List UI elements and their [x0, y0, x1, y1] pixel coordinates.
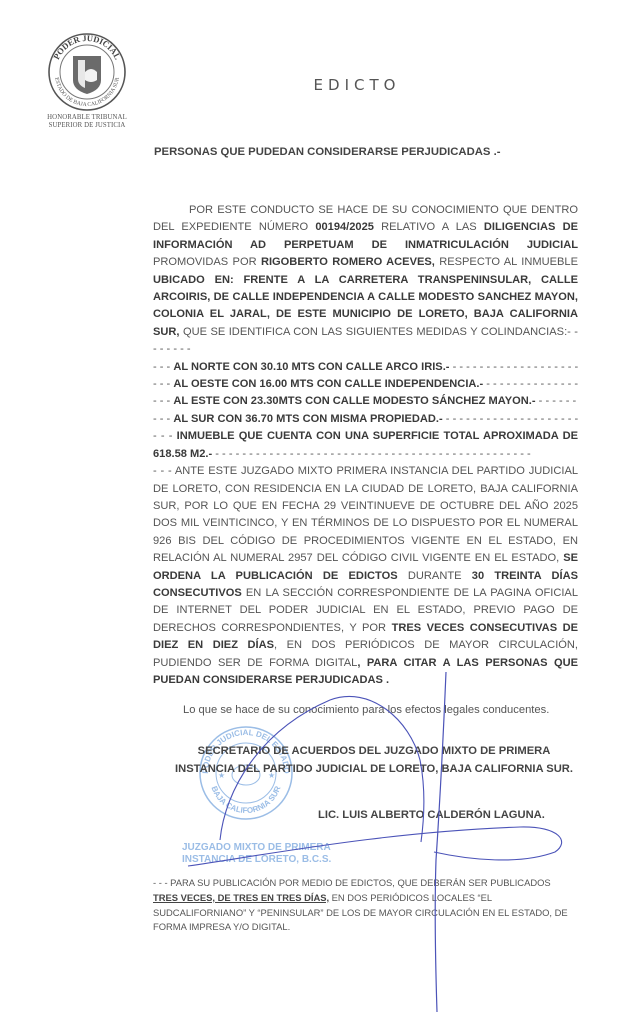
publication-note: - - - PARA SU PUBLICACIÓN POR MEDIO DE E…	[153, 876, 578, 935]
colindancia-item: - - - AL SUR CON 36.70 MTS CON MISMA PRO…	[153, 411, 578, 428]
stamp-label: JUZGADO MIXTO DE PRIMERA INSTANCIA DE LO…	[182, 842, 331, 865]
colindancia-item: - - - AL OESTE CON 16.00 MTS CON CALLE I…	[153, 376, 578, 393]
poder-judicial-seal-icon: PODER JUDICIAL ESTADO DE BAJA CALIFORNIA…	[47, 32, 127, 112]
edict-body: POR ESTE CONDUCTO SE HACE DE SU CONOCIMI…	[153, 202, 578, 689]
colindancia-item: - - - AL ESTE CON 23.30MTS CON CALLE MOD…	[153, 393, 578, 410]
paragraph-juzgado: - - - ANTE ESTE JUZGADO MIXTO PRIMERA IN…	[153, 463, 578, 689]
secretary-title: SECRETARIO DE ACUERDOS DEL JUZGADO MIXTO…	[164, 743, 584, 778]
superficie: - - - INMUEBLE QUE CUENTA CON UNA SUPERF…	[153, 428, 578, 463]
closing-line: Lo que se hace de su conocimiento para l…	[183, 704, 549, 716]
salutation: PERSONAS QUE PUDEDAN CONSIDERARSE PERJUD…	[154, 146, 501, 158]
expediente-number: 00194/2025	[315, 221, 374, 233]
signer-name: LIC. LUIS ALBERTO CALDERÓN LAGUNA.	[318, 809, 545, 821]
document-title: EDICTO	[0, 76, 624, 94]
logo-caption-line2: SUPERIOR DE JUSTICIA	[44, 122, 130, 130]
promovente: RIGOBERTO ROMERO ACEVES,	[261, 256, 435, 268]
edicto-page: PODER JUDICIAL ESTADO DE BAJA CALIFORNIA…	[0, 0, 624, 1024]
paragraph-expediente: POR ESTE CONDUCTO SE HACE DE SU CONOCIMI…	[153, 202, 578, 359]
logo-caption-line1: HONORABLE TRIBUNAL	[44, 114, 130, 122]
colindancias-list: - - - AL NORTE CON 30.10 MTS CON CALLE A…	[153, 359, 578, 429]
colindancia-item: - - - AL NORTE CON 30.10 MTS CON CALLE A…	[153, 359, 578, 376]
